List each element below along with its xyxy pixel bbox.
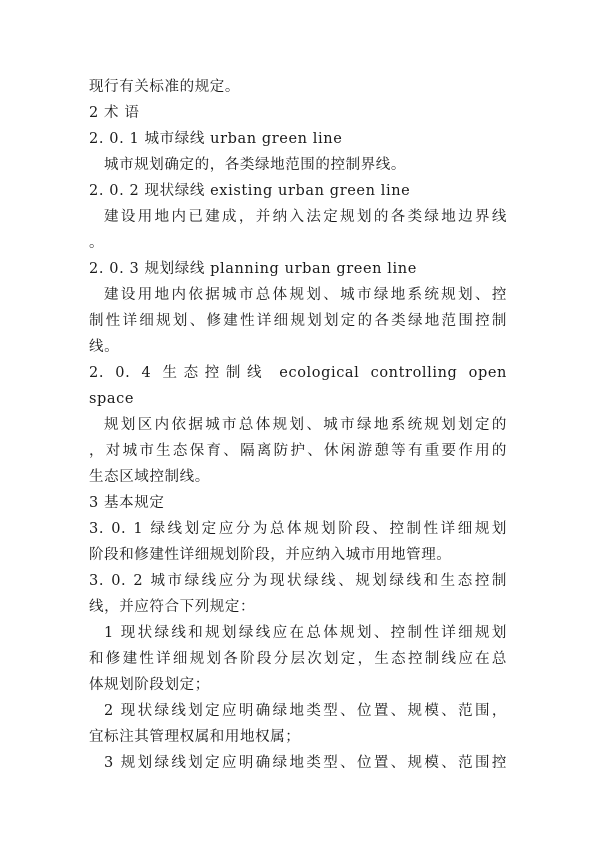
term-2-0-4-definition-line-1: 规划区内依据城市总体规划、城市绿地系统规划划定的	[104, 414, 507, 436]
term-2-0-2-definition: 建设用地内已建成，并纳入法定规划的各类绿地边界线	[104, 206, 507, 228]
term-2-0-4-definition-line-2: ，对城市生态保育、隔离防护、休闲游憩等有重要作用的	[89, 440, 507, 462]
term-2-0-1-heading: 2. 0. 1 城市绿线 urban green line	[89, 128, 507, 150]
item-2-line-1: 2 现状绿线划定应明确绿地类型、位置、规模、范围，	[104, 700, 507, 722]
term-2-0-2-definition-end: 。	[89, 232, 507, 254]
term-2-0-2-heading: 2. 0. 2 现状绿线 existing urban green line	[89, 180, 507, 202]
section-heading-terms: 2 术 语	[89, 102, 507, 124]
text-line-continuation: 现行有关标准的规定。	[89, 76, 507, 98]
clause-3-0-2-line-2: 线，并应符合下列规定：	[89, 596, 507, 618]
term-2-0-3-definition-line-2: 制性详细规划、修建性详细规划划定的各类绿地范围控制	[89, 310, 507, 332]
term-2-0-4-definition-line-3: 生态区域控制线。	[89, 466, 507, 488]
term-2-0-4-heading: 2. 0. 4 生态控制线 ecological controlling ope…	[89, 362, 507, 384]
term-2-0-3-definition-line-1: 建设用地内依据城市总体规划、城市绿地系统规划、控	[104, 284, 507, 306]
item-1-line-2: 和修建性详细规划各阶段分层次划定，生态控制线应在总	[89, 648, 507, 670]
clause-3-0-1-line-1: 3. 0. 1 绿线划定应分为总体规划阶段、控制性详细规划	[89, 518, 507, 540]
term-2-0-3-definition-line-3: 线。	[89, 336, 507, 358]
item-1-line-1: 1 现状绿线和规划绿线应在总体规划、控制性详细规划	[104, 622, 507, 644]
term-2-0-4-heading-end: space	[89, 388, 507, 410]
document-page: 现行有关标准的规定。 2 术 语 2. 0. 1 城市绿线 urban gree…	[0, 0, 596, 842]
term-2-0-3-heading: 2. 0. 3 规划绿线 planning urban green line	[89, 258, 507, 280]
item-2-line-2: 宜标注其管理权属和用地权属；	[89, 726, 507, 748]
item-3-line-1: 3 规划绿线划定应明确绿地类型、位置、规模、范围控	[104, 752, 507, 774]
clause-3-0-2-line-1: 3. 0. 2 城市绿线应分为现状绿线、规划绿线和生态控制	[89, 570, 507, 592]
section-heading-basic-provisions: 3 基本规定	[89, 492, 507, 514]
term-2-0-1-definition: 城市规划确定的，各类绿地范围的控制界线。	[104, 154, 507, 176]
item-1-line-3: 体规划阶段划定；	[89, 674, 507, 696]
clause-3-0-1-line-2: 阶段和修建性详细规划阶段，并应纳入城市用地管理。	[89, 544, 507, 566]
